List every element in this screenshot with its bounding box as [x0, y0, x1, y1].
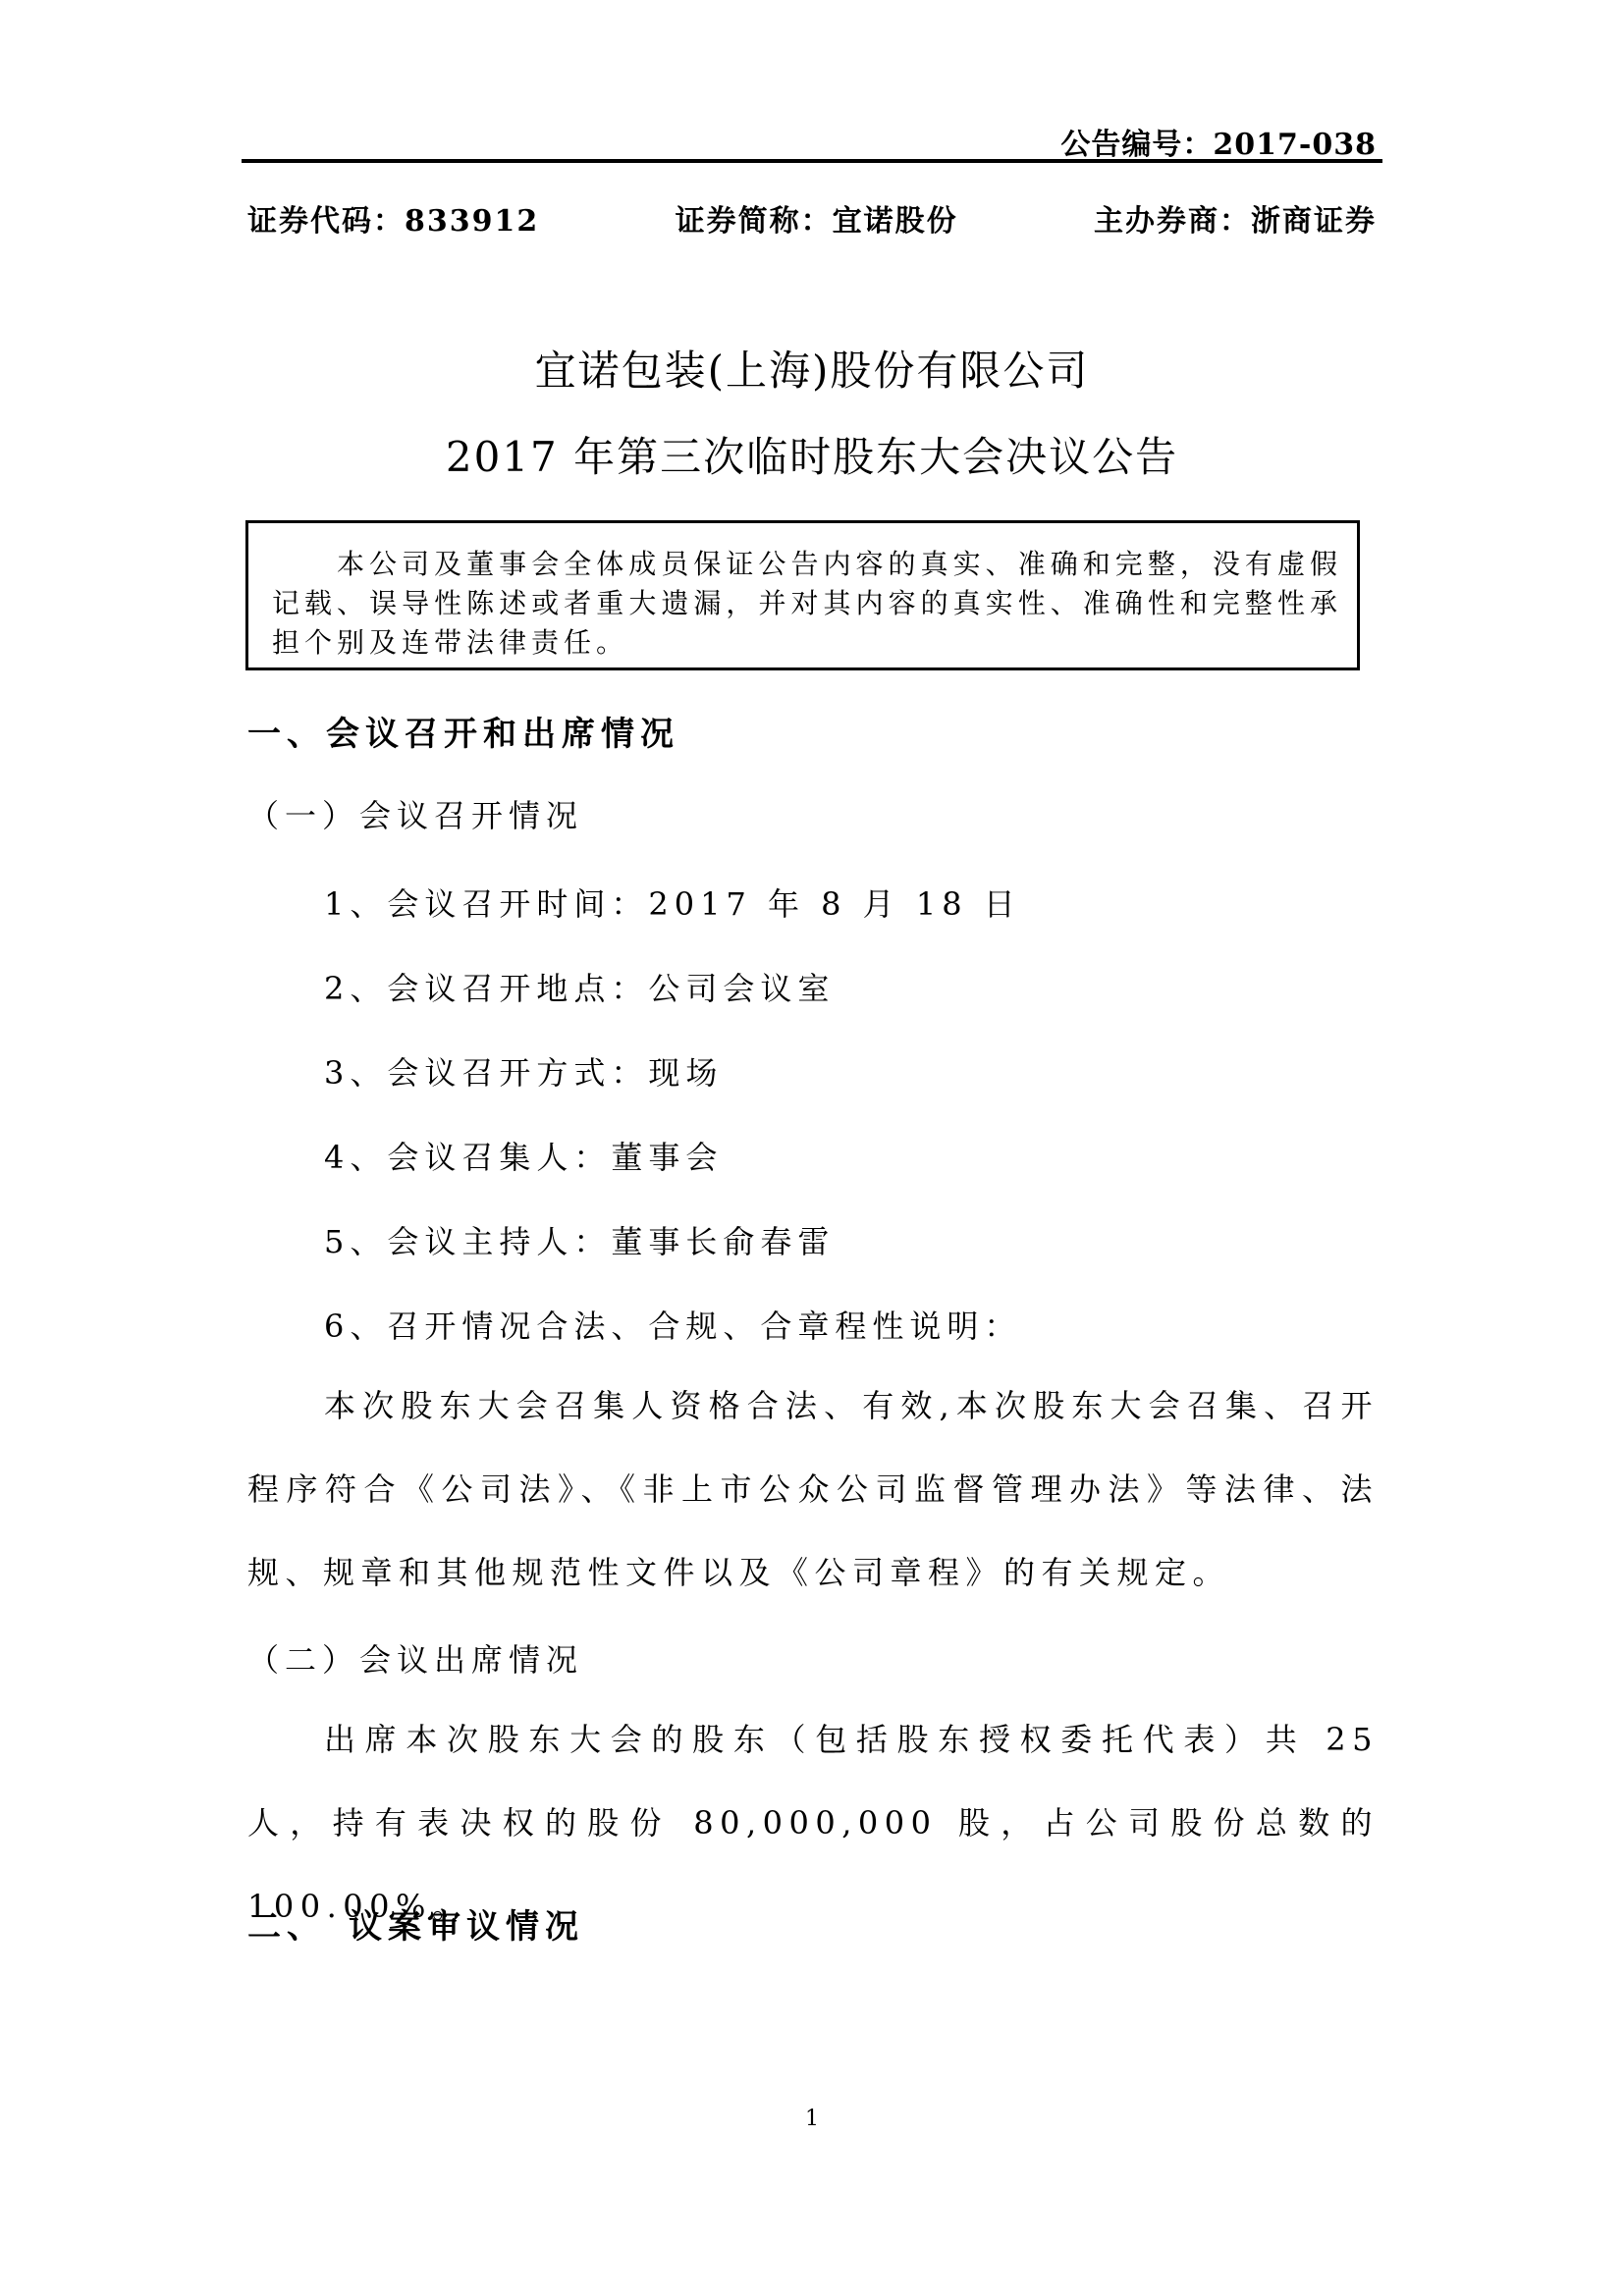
section-heading-proposals: 二、 议案审议情况 — [247, 1899, 584, 1948]
securities-info-row: 证券代码：833912 证券简称：宜诺股份 主办券商：浙商证券 — [247, 196, 1377, 240]
disclaimer-text: 本公司及董事会全体成员保证公告内容的真实、准确和完整，没有虚假记载、误导性陈述或… — [272, 545, 1342, 663]
announcement-number: 公告编号：2017-038 — [1060, 120, 1377, 163]
securities-abbreviation: 证券简称：宜诺股份 — [676, 196, 958, 240]
header-rule — [242, 159, 1382, 163]
subsection-heading-convening: （一）会议召开情况 — [247, 791, 583, 836]
list-item-legality: 6、召开情况合法、合规、合章程性说明： — [324, 1302, 1021, 1347]
company-name-title: 宜诺包装(上海)股份有限公司 — [0, 339, 1624, 398]
sponsor-broker: 主办券商：浙商证券 — [1094, 196, 1377, 240]
list-item-meeting-place: 2、会议召开地点：公司会议室 — [324, 964, 835, 1009]
announcement-title: 2017 年第三次临时股东大会决议公告 — [0, 425, 1624, 484]
list-item-meeting-method: 3、会议召开方式：现场 — [324, 1048, 723, 1094]
list-item-meeting-time: 1、会议召开时间：2017 年 8 月 18 日 — [324, 880, 1021, 925]
subsection-heading-attendance: （二）会议出席情况 — [247, 1635, 583, 1681]
page-number: 1 — [0, 2107, 1624, 2131]
list-item-chairperson: 5、会议主持人：董事长俞春雷 — [324, 1217, 835, 1262]
disclaimer-box: 本公司及董事会全体成员保证公告内容的真实、准确和完整，没有虚假记载、误导性陈述或… — [245, 520, 1360, 670]
securities-code: 证券代码：833912 — [247, 196, 539, 240]
section-heading-meeting: 一、会议召开和出席情况 — [247, 707, 679, 755]
legality-paragraph: 本次股东大会召集人资格合法、有效,本次股东大会召集、召开程序符合《公司法》、《非… — [247, 1364, 1379, 1615]
list-item-convener: 4、会议召集人：董事会 — [324, 1133, 723, 1178]
